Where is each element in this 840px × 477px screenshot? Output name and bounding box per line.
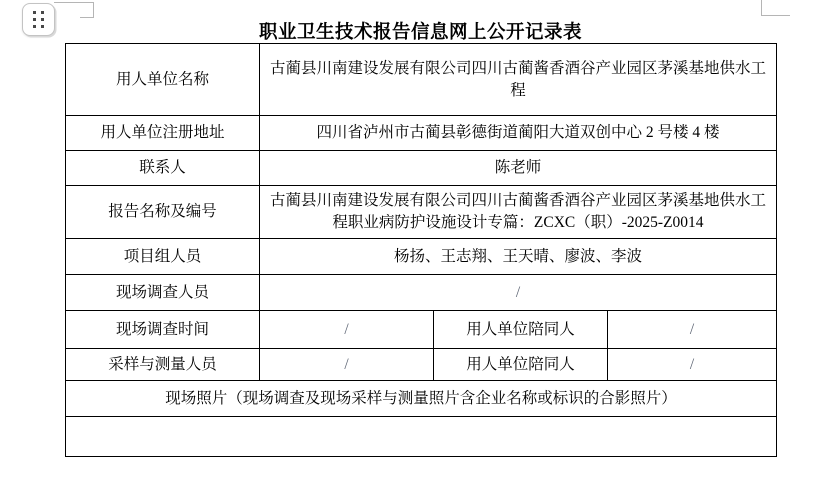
cell-value-contact[interactable]: 陈老师 [260,151,777,186]
row-photos-area [66,417,777,457]
cell-value-sampling-companion[interactable]: / [608,349,777,381]
row-site-survey-staff: 现场调查人员 / [66,275,777,311]
cell-value-registered-address[interactable]: 四川省泸州市古蔺县彰德街道蔺阳大道双创中心 2 号楼 4 楼 [260,116,777,151]
drag-handle-button[interactable] [22,3,55,36]
cell-value-project-team[interactable]: 杨扬、王志翔、王天晴、廖波、李波 [260,239,777,275]
cell-label-site-survey-staff[interactable]: 现场调查人员 [66,275,260,311]
cell-label-survey-companion[interactable]: 用人单位陪同人 [434,311,608,349]
cell-value-site-survey-staff[interactable]: / [260,275,777,311]
cell-label-sampling-companion[interactable]: 用人单位陪同人 [434,349,608,381]
row-registered-address: 用人单位注册地址 四川省泸州市古蔺县彰德街道蔺阳大道双创中心 2 号楼 4 楼 [66,116,777,151]
row-site-survey-time: 现场调查时间 / 用人单位陪同人 / [66,311,777,349]
cell-value-report[interactable]: 古蔺县川南建设发展有限公司四川古蔺酱香酒谷产业园区茅溪基地供水工程职业病防护设施… [260,186,777,239]
cell-label-employer-name[interactable]: 用人单位名称 [66,44,260,116]
row-project-team: 项目组人员 杨扬、王志翔、王天晴、廖波、李波 [66,239,777,275]
row-contact: 联系人 陈老师 [66,151,777,186]
corner-mark-top-right [761,0,762,16]
cell-value-site-survey-time[interactable]: / [260,311,434,349]
cell-label-report[interactable]: 报告名称及编号 [66,186,260,239]
cell-value-employer-name[interactable]: 古蔺县川南建设发展有限公司四川古蔺酱香酒谷产业园区茅溪基地供水工程 [260,44,777,116]
drag-handle-icon [33,11,45,29]
corner-mark-top-left [93,2,94,18]
cell-value-survey-companion[interactable]: / [608,311,777,349]
row-sampling-staff: 采样与测量人员 / 用人单位陪同人 / [66,349,777,381]
corner-mark-top-left [54,2,94,3]
cell-value-sampling-staff[interactable]: / [260,349,434,381]
cell-label-contact[interactable]: 联系人 [66,151,260,186]
cell-photos-area[interactable] [66,417,777,457]
row-employer-name: 用人单位名称 古蔺县川南建设发展有限公司四川古蔺酱香酒谷产业园区茅溪基地供水工程 [66,44,777,116]
record-table: 用人单位名称 古蔺县川南建设发展有限公司四川古蔺酱香酒谷产业园区茅溪基地供水工程… [65,43,777,457]
row-report-name-number: 报告名称及编号 古蔺县川南建设发展有限公司四川古蔺酱香酒谷产业园区茅溪基地供水工… [66,186,777,239]
cell-label-registered-address[interactable]: 用人单位注册地址 [66,116,260,151]
page-title: 职业卫生技术报告信息网上公开记录表 [65,18,776,44]
corner-mark-top-right [761,15,790,16]
cell-label-site-survey-time[interactable]: 现场调查时间 [66,311,260,349]
cell-label-project-team[interactable]: 项目组人员 [66,239,260,275]
row-photos-caption: 现场照片（现场调查及现场采样与测量照片含企业名称或标识的合影照片） [66,381,777,417]
cell-label-sampling-staff[interactable]: 采样与测量人员 [66,349,260,381]
cell-photos-caption[interactable]: 现场照片（现场调查及现场采样与测量照片含企业名称或标识的合影照片） [66,381,777,417]
